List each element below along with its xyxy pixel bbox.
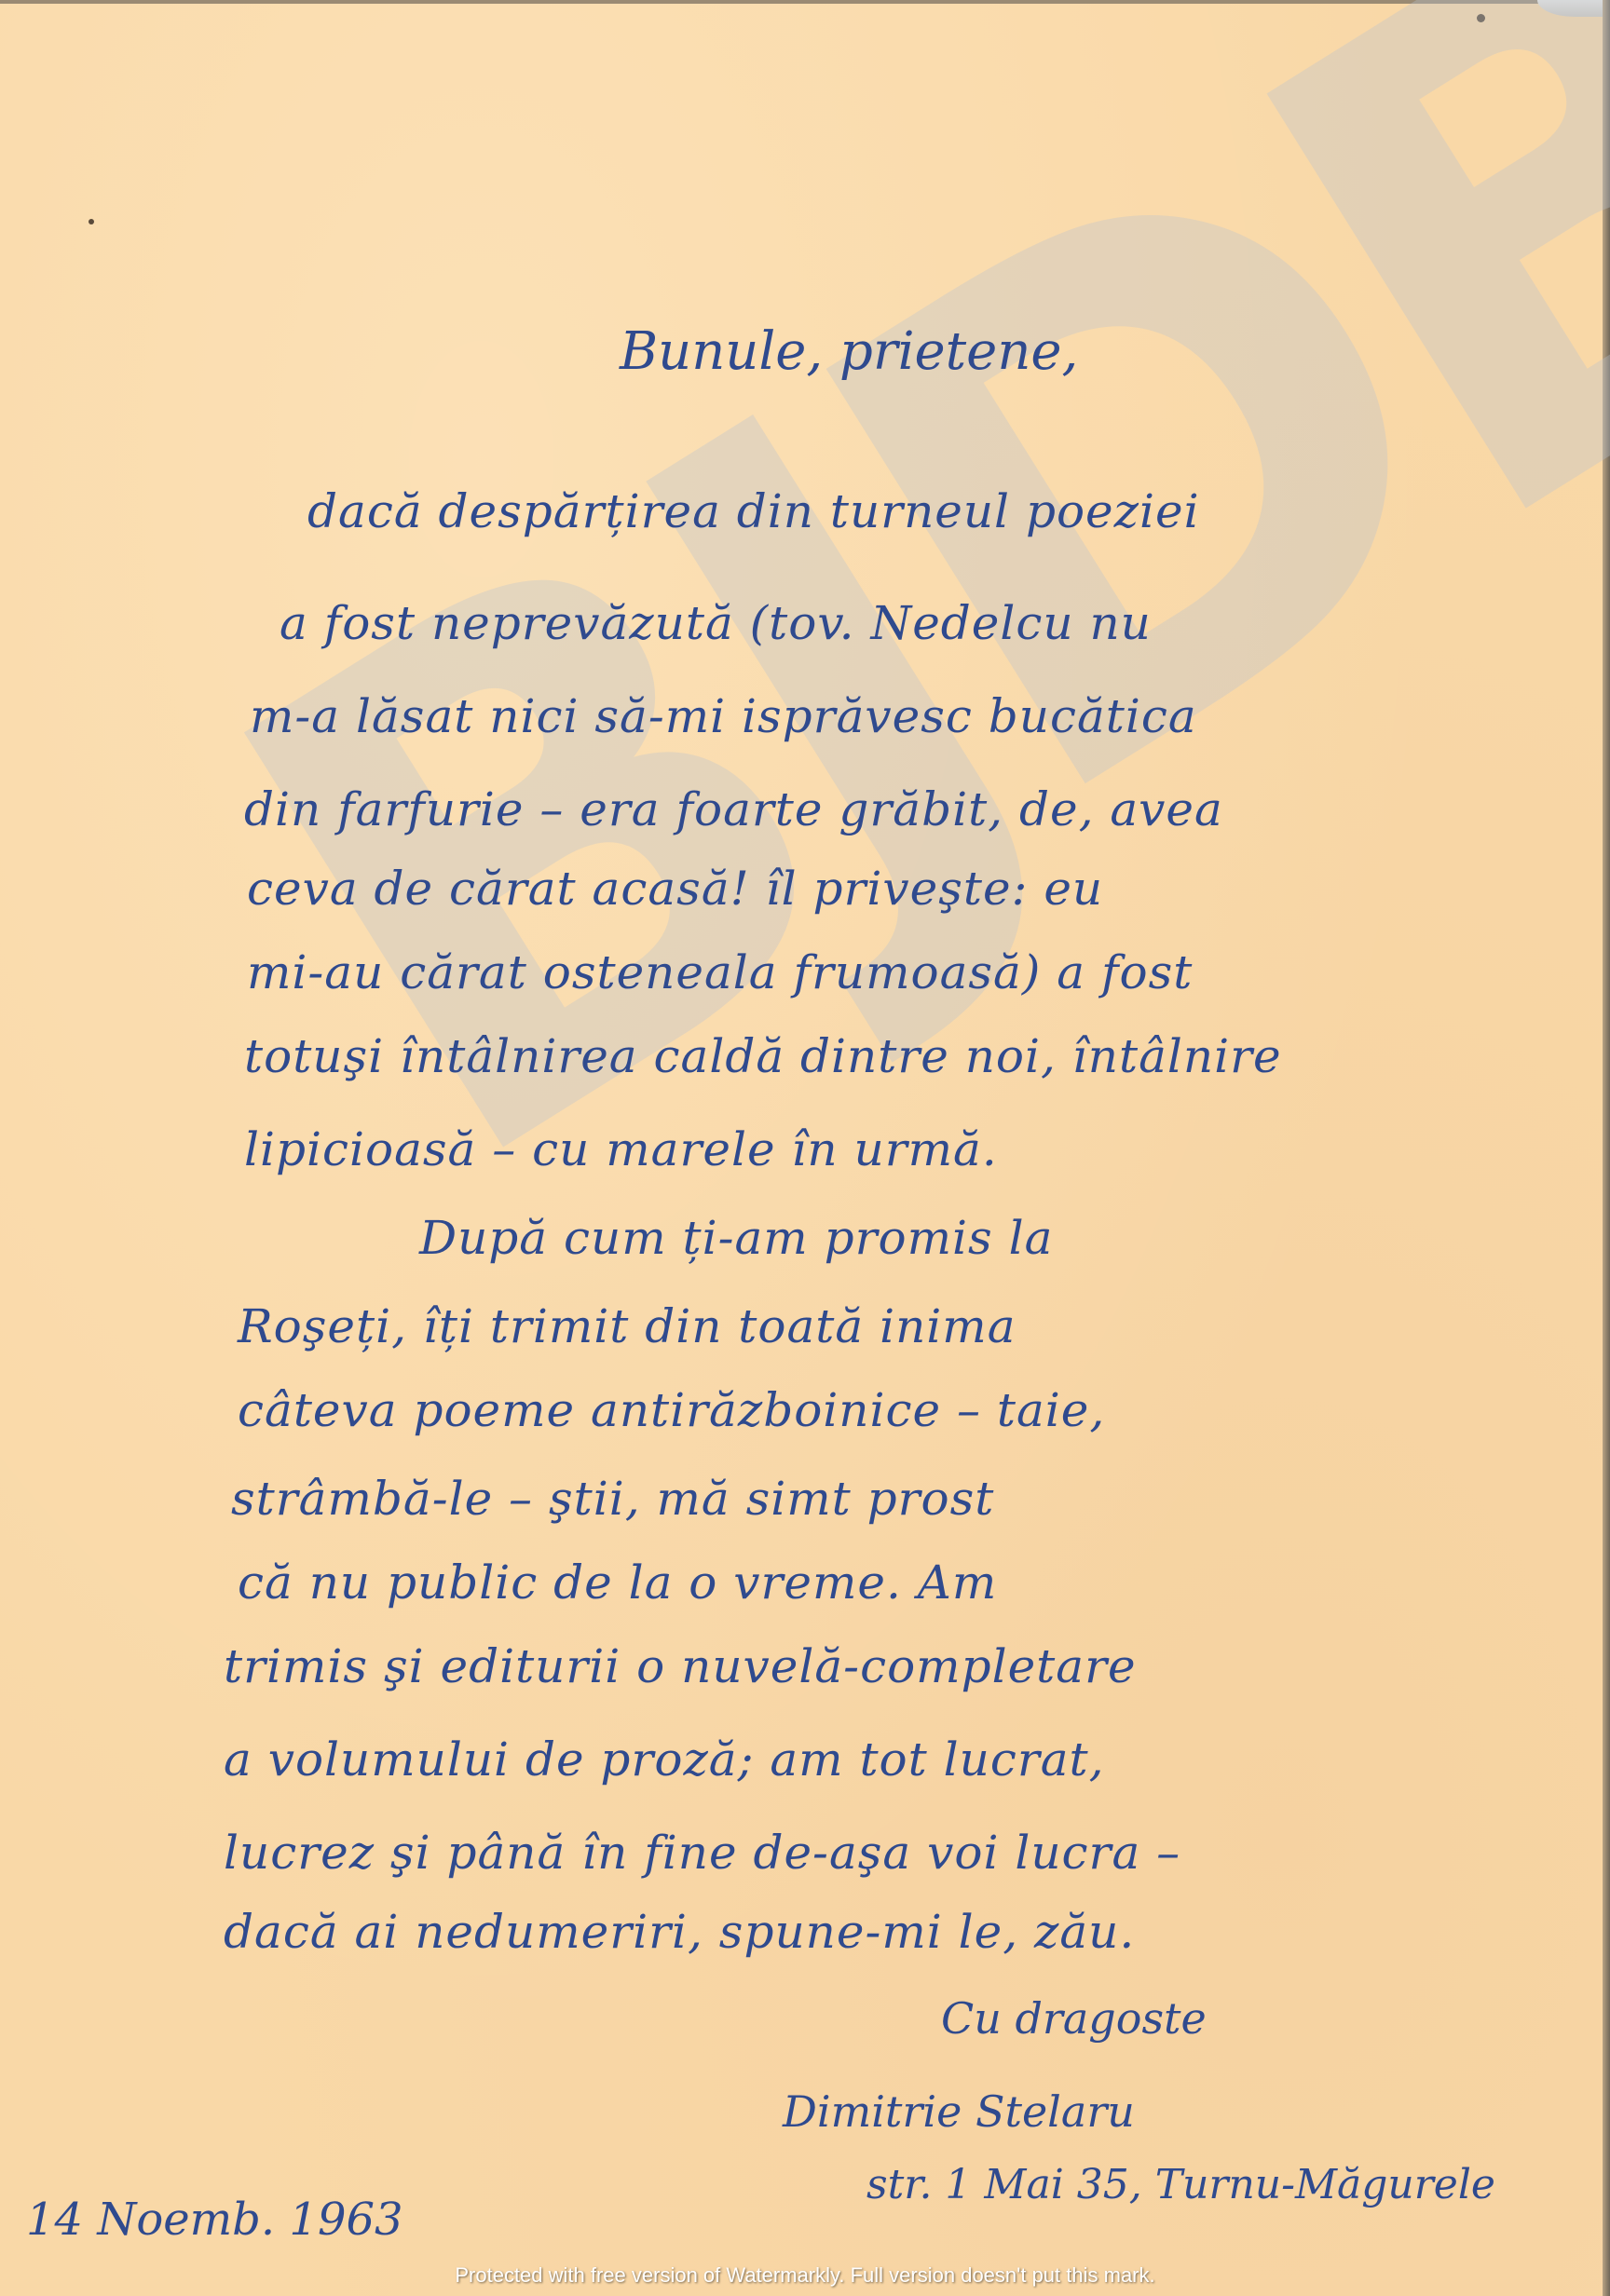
body-line: câteva poeme antirăzboinice – taie, [238,1383,1105,1437]
body-line: că nu public de la o vreme. Am [238,1556,997,1610]
paper-speck [89,219,94,224]
letter-greeting: Bunule, prietene, [620,321,1078,382]
letter-closing: Cu dragoste [941,1993,1207,2044]
body-line: lucrez şi până în fine de-aşa voi lucra … [224,1826,1180,1880]
body-line: trimis şi editurii o nuvelă-completare [224,1639,1137,1693]
body-line: Roşeți, îți trimit din toată inima [238,1299,1016,1353]
letter-signature: Dimitrie Stelaru [783,2086,1135,2137]
body-line: dacă ai nedumeriri, spune-mi le, zău. [224,1905,1135,1959]
body-line: ceva de cărat acasă! îl priveşte: eu [247,862,1103,916]
body-line: strâmbă-le – ştii, mă simt prost [231,1472,994,1526]
body-line: dacă despărțirea din turneul poeziei [307,484,1200,538]
body-line: a fost neprevăzută (tov. Nedelcu nu [280,596,1152,650]
body-line: lipicioasă – cu marele în urmă. [244,1122,998,1176]
body-line: m-a lăsat nici să-mi isprăvesc bucătica [250,689,1197,743]
sender-address: str. 1 Mai 35, Turnu-Măgurele [866,2161,1495,2208]
body-line: a volumului de proză; am tot lucrat, [224,1732,1105,1787]
body-line: totuşi întâlnirea caldă dintre noi, întâ… [244,1029,1282,1083]
watermarkly-footer-text: Protected with free version of Watermark… [0,2263,1610,2288]
scan-top-edge [0,0,1610,4]
body-line: din farfurie – era foarte grăbit, de, av… [244,782,1223,836]
paper-speck [1477,14,1485,22]
body-line: mi-au cărat osteneala frumoasă) a fost [247,945,1193,999]
scan-right-edge [1603,0,1610,2296]
letter-date: 14 Noemb. 1963 [26,2194,403,2246]
body-line: După cum ți-am promis la [419,1211,1053,1265]
